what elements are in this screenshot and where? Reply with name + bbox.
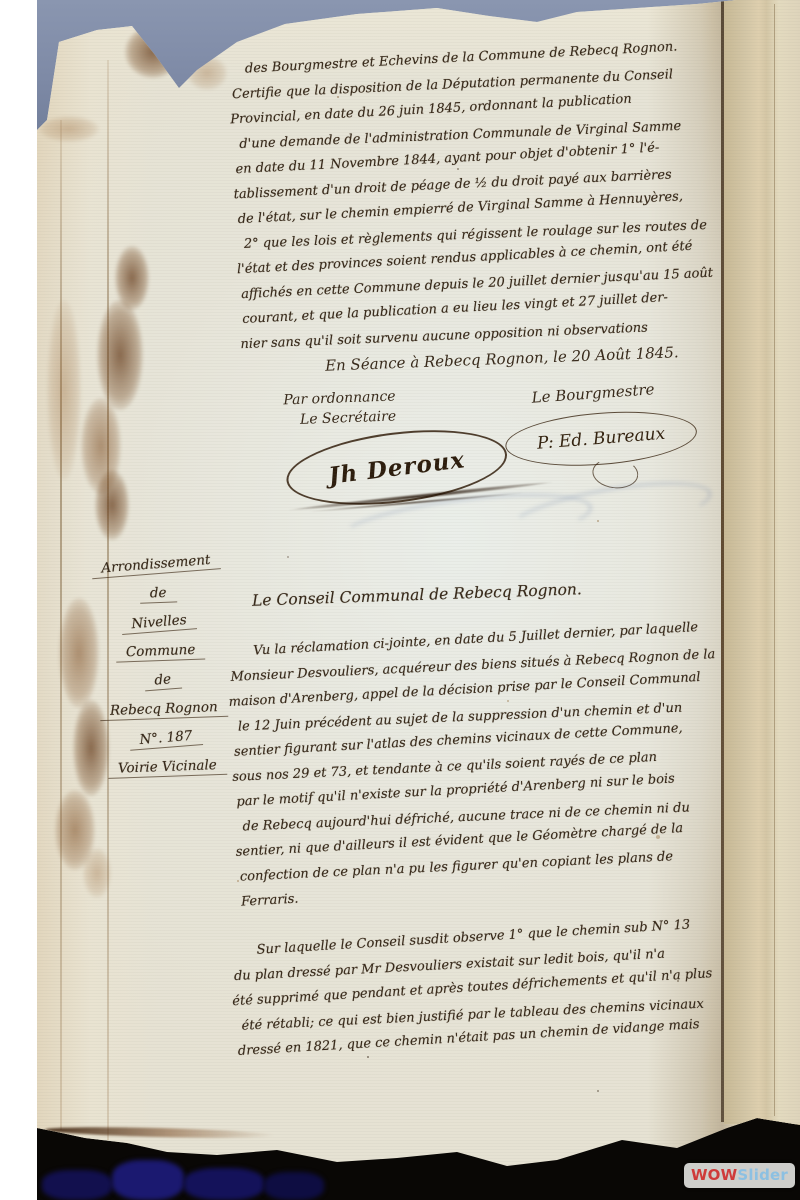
burgomaster-signature-block: Le Bourgmestre P: Ed. Bureaux xyxy=(503,378,742,492)
book-fore-edge xyxy=(724,0,800,1124)
margin-note-line: N°. 187 xyxy=(128,727,202,751)
secretary-signature-name: Jh Deroux xyxy=(327,446,466,490)
foxing-stain xyxy=(95,470,129,540)
margin-note-line: Voirie Vicinale xyxy=(107,757,226,779)
certificate-text-block: des Bourgmestre et Echevins de la Commun… xyxy=(230,35,735,357)
margin-note-line: Nivelles xyxy=(121,611,197,635)
watermark-brand-red: WOW xyxy=(691,1166,737,1184)
foxing-stain xyxy=(83,848,111,898)
watermark-brand-blue: Slider xyxy=(737,1166,788,1184)
secretary-signature-block: Par ordonnance Le Secrétaire Jh Deroux xyxy=(283,384,537,509)
council-paragraph-2: Sur laquelle le Conseil susdit observe 1… xyxy=(232,913,738,1064)
margin-note-line: de xyxy=(139,584,176,603)
foxing-stain xyxy=(47,300,81,480)
navy-cloth-patch xyxy=(264,1172,324,1200)
navy-cloth-patch xyxy=(42,1170,112,1200)
wowslider-watermark-link[interactable]: WOWSlider xyxy=(684,1163,795,1188)
margin-note-line: Commune xyxy=(116,641,206,662)
margin-note-line: Rebecq Rognon xyxy=(100,699,228,721)
margin-note-line: de xyxy=(143,671,181,692)
fore-edge-page-line xyxy=(774,4,775,1116)
burgomaster-signature-name: P: Ed. Bureaux xyxy=(536,424,666,454)
margin-notes-block: ArrondissementdeNivellesCommunedeRebecq … xyxy=(69,552,255,793)
foxing-stain xyxy=(97,300,143,410)
margin-note-line: Arrondissement xyxy=(91,551,221,579)
navy-cloth-patch xyxy=(184,1168,264,1200)
burgomaster-label: Le Bourgmestre xyxy=(531,374,739,406)
photo-frame[interactable]: des Bourgmestre et Echevins de la Commun… xyxy=(0,0,800,1200)
council-paragraph-1: Vu la réclamation ci-jointe, en date du … xyxy=(229,616,741,914)
manuscript-page: des Bourgmestre et Echevins de la Commun… xyxy=(37,0,800,1168)
secretary-label: Le Secrétaire xyxy=(300,404,534,428)
navy-cloth-patch xyxy=(112,1160,184,1200)
burn-mark-top xyxy=(39,116,99,142)
council-heading: Le Conseil Communal de Rebecq Rognon. xyxy=(252,580,582,610)
